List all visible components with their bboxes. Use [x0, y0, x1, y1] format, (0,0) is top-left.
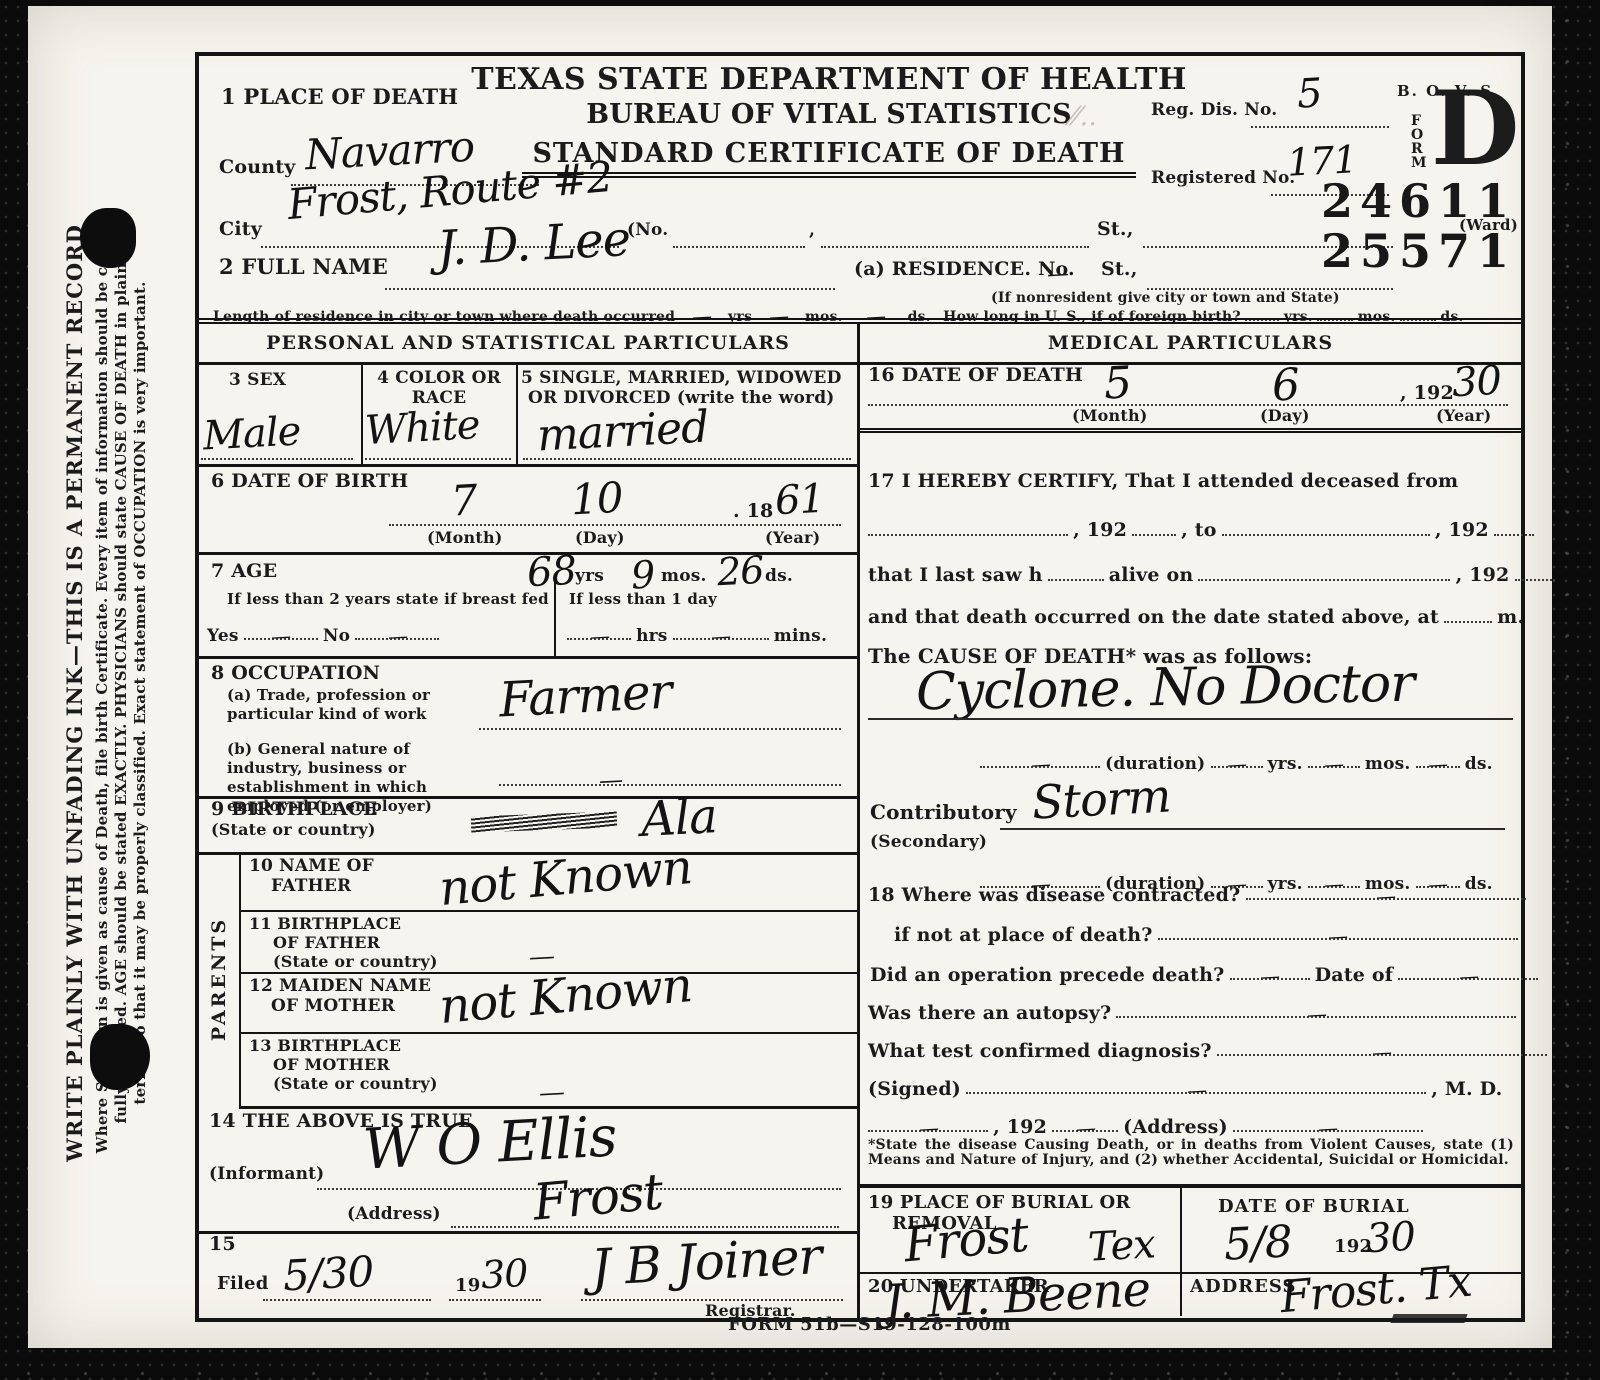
father-birthplace-row: 11 BIRTHPLACE OF FATHER (State or countr… [239, 910, 857, 974]
color-label: 4 COLOR OR RACE [371, 368, 507, 408]
dob-label: 6 DATE OF BIRTH [211, 470, 408, 492]
writing-line [1000, 828, 1505, 830]
blank-line [821, 246, 1089, 248]
y192-label: , 192 [1073, 519, 1127, 541]
parents-strip: PARENTS [199, 852, 241, 1106]
signed-date-address-line: — , 192 — (Address) — [868, 1116, 1423, 1138]
residence-label: (a) RESIDENCE. No. [854, 258, 1075, 280]
struck-out-entry [471, 811, 617, 832]
informant-address-label: (Address) [347, 1204, 441, 1224]
blank-line [868, 520, 1068, 536]
mos-label: mos. [661, 566, 707, 586]
filed-section: 15 Filed 5/30 19 30 J B Joiner Registrar… [199, 1231, 857, 1312]
cell-divider [554, 578, 556, 656]
informant-label: (Informant) [209, 1164, 324, 1184]
full-name-label: 2 FULL NAME [219, 254, 388, 279]
signed-line: (Signed) — , M. D. [868, 1078, 1503, 1100]
form-letter-d: D [1431, 86, 1519, 173]
m-label: m. [1497, 606, 1524, 628]
cell-divider [1180, 1188, 1182, 1316]
signed-label: (Signed) [868, 1078, 961, 1100]
mother-label-2: OF MOTHER [271, 996, 431, 1016]
certificate-form: 1 PLACE OF DEATH TEXAS STATE DEPARTMENT … [195, 52, 1525, 1322]
filed-label: Filed [217, 1273, 269, 1294]
filed-year-printed: 19 [455, 1275, 480, 1296]
yes-label: Yes [207, 626, 239, 646]
occupation-b-dash: — [598, 767, 622, 792]
certify-line3: that I last saw h alive on , 192 [868, 564, 1555, 586]
dod-year-printed: , 192 [1400, 382, 1454, 404]
mother-bp-label-1: 13 BIRTHPLACE [249, 1036, 438, 1055]
department-title: TEXAS STATE DEPARTMENT OF HEALTH [454, 62, 1204, 97]
day-label: (Day) [575, 528, 625, 547]
item15-label: 15 [209, 1233, 236, 1255]
personal-title: PERSONAL AND STATISTICAL PARTICULARS [266, 332, 790, 354]
age-label: 7 AGE [211, 560, 277, 582]
alive-on-label: alive on [1109, 564, 1194, 586]
address-label: (Address) [1123, 1116, 1228, 1138]
certify-line2: , 192 , to , 192 [868, 519, 1534, 541]
mother-birthplace-label: 13 BIRTHPLACE OF MOTHER (State or countr… [249, 1036, 438, 1093]
blank-line: — [868, 1116, 988, 1132]
q-not-place: if not at place of death? — [894, 924, 1518, 946]
printer-mark [1390, 1314, 1467, 1323]
blank-line: — [567, 624, 631, 640]
burial-place-value: Frost [902, 1211, 1030, 1270]
father-name-label: 10 NAME OF FATHER [249, 856, 374, 896]
breast-fed-answer: Yes — No — [207, 624, 439, 646]
personal-column: PERSONAL AND STATISTICAL PARTICULARS 3 S… [199, 324, 860, 1318]
blank-line: — [1308, 752, 1360, 768]
contributory-value: Storm [1031, 772, 1172, 825]
mother-name-label: 12 MAIDEN NAME OF MOTHER [249, 976, 431, 1016]
filed-date-value: 5/30 [282, 1251, 374, 1298]
last-saw-label: that I last saw h [868, 564, 1043, 586]
mother-birthplace-row: 13 BIRTHPLACE OF MOTHER (State or countr… [239, 1032, 857, 1109]
blank-line [868, 404, 1508, 406]
reg-dis-value: 5 [1296, 73, 1323, 114]
color-value: White [364, 405, 480, 451]
blank-line: — [355, 624, 439, 640]
mother-name-value: not Known [437, 961, 693, 1031]
no-label: No [323, 626, 350, 646]
mos-label: mos. [1365, 754, 1411, 774]
ink-blot [80, 208, 136, 268]
city-label: City [219, 218, 262, 240]
place-of-death-label: 1 PLACE OF DEATH [221, 84, 458, 109]
to-label: , to [1181, 519, 1216, 541]
year-prefix: . 18 [733, 500, 773, 522]
blank-line: — [1116, 1002, 1516, 1018]
blank-line [1444, 607, 1492, 623]
registered-no-label: Registered No. [1151, 168, 1295, 188]
blank-line: — [1211, 752, 1263, 768]
sex-color-marital-row: 3 SEX 4 COLOR OR RACE 5 SINGLE, MARRIED,… [199, 362, 857, 467]
q-operation: Did an operation precede death? — Date o… [870, 964, 1538, 986]
blank-line: — [980, 752, 1100, 768]
father-name-row: 10 NAME OF FATHER not Known [239, 852, 857, 912]
father-birthplace-dash: — [528, 943, 554, 970]
blank-line [365, 458, 511, 460]
dob-year-value: 61 [774, 479, 825, 522]
informant-address-value: Frost [531, 1166, 664, 1227]
filed-year-value: 30 [480, 1254, 528, 1294]
father-label-1: 10 NAME OF [249, 856, 374, 876]
marital-value: married [536, 406, 709, 459]
q-operation-label: Did an operation precede death? [870, 964, 1224, 986]
blank-line [1048, 565, 1104, 581]
columns: PERSONAL AND STATISTICAL PARTICULARS 3 S… [199, 318, 1521, 1318]
blank-line: — [1233, 1116, 1423, 1132]
comma: , [809, 220, 815, 240]
certificate-paper: WRITE PLAINLY WITH UNFADING INK—THIS IS … [28, 6, 1552, 1348]
mother-birthplace-dash: — [538, 1079, 564, 1106]
blank-line [479, 728, 841, 730]
state-country-label: (State or country) [211, 820, 376, 839]
q-test: What test confirmed diagnosis? — [868, 1040, 1547, 1062]
pencil-mark: ⁄⁄‥ [1071, 102, 1097, 132]
secondary-label: (Secondary) [870, 832, 987, 852]
mother-name-row: 12 MAIDEN NAME OF MOTHER not Known [239, 972, 857, 1034]
day-label: (Day) [1260, 406, 1310, 425]
mother-label-1: 12 MAIDEN NAME [249, 976, 431, 996]
occupation-a-value: Farmer [498, 668, 673, 725]
dod-year-value: 30 [1451, 361, 1502, 404]
burial-date-label: DATE OF BURIAL [1218, 1196, 1410, 1217]
cause-footnote: *State the disease Causing Death, or in … [868, 1138, 1514, 1168]
year-label: (Year) [1436, 406, 1491, 425]
q-test-label: What test confirmed diagnosis? [868, 1040, 1212, 1062]
blank-line [1515, 565, 1555, 581]
st-label: St., [1097, 218, 1134, 240]
medical-title-band: MEDICAL PARTICULARS [860, 324, 1521, 365]
father-bp-label-1: 11 BIRTHPLACE [249, 914, 438, 933]
q-where-label: 18 Where was disease contracted? [868, 884, 1240, 906]
blank-line [523, 458, 851, 460]
age-ds-value: 26 [716, 551, 764, 591]
certificate-title: STANDARD CERTIFICATE OF DEATH [522, 138, 1135, 178]
age-row: 7 AGE 68 yrs 9 mos. 26 ds. If less than … [199, 552, 857, 659]
date-of-birth-row: 6 DATE OF BIRTH 7 10 . 18 61 (Month) (Da… [199, 464, 857, 555]
dod-month-value: 5 [1103, 361, 1132, 406]
year-label: (Year) [765, 528, 820, 547]
occupation-a-label: (a) Trade, profession or particular kind… [227, 686, 475, 724]
birthplace-value: Ala [640, 792, 718, 844]
y192-label: , 192 [1456, 564, 1510, 586]
no-paren-label: (No. [627, 220, 668, 240]
blank-line [1494, 520, 1534, 536]
blank-line [451, 1226, 839, 1228]
ds-label: ds. [1465, 754, 1493, 774]
blank-line [201, 458, 353, 460]
dob-month-value: 7 [450, 479, 478, 522]
blank-line: — [1052, 1116, 1118, 1132]
blank-line [1132, 520, 1176, 536]
blank-line: — [673, 624, 769, 640]
sex-label: 3 SEX [229, 370, 286, 390]
medical-column: MEDICAL PARTICULARS 16 DATE OF DEATH 5 6… [860, 324, 1521, 1318]
father-label-2: FATHER [271, 876, 374, 896]
writing-line [868, 718, 1513, 720]
y192-label: , 192 [993, 1116, 1047, 1138]
dod-day-value: 6 [1271, 363, 1300, 408]
informant-value: W O Ellis [362, 1109, 618, 1178]
blank-line [385, 288, 835, 290]
ds-label: ds. [765, 566, 793, 586]
cell-divider [361, 362, 363, 464]
form-word: FORM [1411, 114, 1426, 170]
certify-line4: and that death occurred on the date stat… [868, 606, 1524, 628]
cause-duration-line: — (duration) — yrs. — mos. — ds. [980, 752, 1493, 774]
hours-minutes-answer: — hrs — mins. [567, 624, 827, 646]
less-than-day-label: If less than 1 day [569, 590, 717, 608]
dod-label: 16 DATE OF DEATH [868, 364, 1083, 386]
county-label: County [219, 156, 295, 178]
medical-title: MEDICAL PARTICULARS [1048, 332, 1333, 354]
father-bp-label-3: (State or country) [273, 952, 438, 971]
parents-label: PARENTS [208, 917, 230, 1041]
blank-line: — [966, 1078, 1426, 1094]
reg-dis-label: Reg. Dis. No. [1151, 100, 1277, 120]
mother-bp-label-3: (State or country) [273, 1074, 438, 1093]
residence-no-dash: — [1046, 263, 1068, 286]
full-name-value: J. D. Lee [436, 215, 631, 273]
stamp-number-1: 24611 [1321, 174, 1516, 228]
death-occurred-label: and that death occurred on the date stat… [868, 606, 1439, 628]
y192-label: , 192 [1435, 519, 1489, 541]
date-of-label: Date of [1315, 964, 1394, 986]
burial-grid: 19 PLACE OF BURIAL OR REMOVAL Frost Tex … [860, 1184, 1521, 1316]
yrs-label: yrs [575, 566, 604, 586]
father-bp-label-2: OF FATHER [273, 933, 438, 952]
stamp-number-2: 25571 [1321, 224, 1516, 278]
q-where-contracted: 18 Where was disease contracted? — [868, 884, 1526, 906]
registrar-signature: J B Joiner [590, 1231, 823, 1293]
occupation-label: 8 OCCUPATION [211, 662, 380, 684]
blank-line: — [1416, 752, 1460, 768]
burial-year-value: 30 [1365, 1217, 1416, 1260]
q-autopsy-label: Was there an autopsy? [868, 1002, 1111, 1024]
blank-line: — [1217, 1040, 1547, 1056]
month-label: (Month) [1072, 406, 1148, 425]
blank-line [673, 246, 805, 248]
blank-line: — [1158, 924, 1518, 940]
marital-label-line1: 5 SINGLE, MARRIED, WIDOWED [521, 368, 842, 388]
cell-divider [516, 362, 518, 464]
hrs-label: hrs [636, 626, 668, 646]
blank-line [1198, 565, 1450, 581]
mother-bp-label-2: OF MOTHER [273, 1055, 438, 1074]
age-mos-value: 9 [630, 555, 655, 594]
blank-line: — [244, 624, 318, 640]
scanned-death-certificate: { "doc": { "labels": { "month": "(Month)… [0, 0, 1600, 1380]
cause-value: Cyclone. No Doctor [916, 658, 1415, 719]
sex-value: Male [202, 411, 301, 456]
yrs-label: yrs. [1268, 754, 1303, 774]
contributory-label: Contributory [870, 800, 1017, 824]
mins-label: mins. [774, 626, 827, 646]
residence-st-label: St., [1101, 258, 1138, 280]
dob-day-value: 10 [570, 477, 624, 522]
q-not-place-label: if not at place of death? [894, 924, 1153, 946]
father-birthplace-label: 11 BIRTHPLACE OF FATHER (State or countr… [249, 914, 438, 971]
birthplace-row: 9 BIRTHPLACE (State or country) Ala [199, 796, 857, 855]
father-name-value: not Known [437, 843, 693, 913]
month-label: (Month) [427, 528, 503, 547]
occupation-row: 8 OCCUPATION (a) Trade, profession or pa… [199, 656, 857, 799]
informant-section: 14 THE ABOVE IS TRUE (Informant) W O Ell… [199, 1106, 857, 1234]
certify-line1: 17 I HEREBY CERTIFY, That I attended dec… [868, 470, 1458, 492]
blank-line: — [1246, 884, 1526, 900]
blank-line [1222, 520, 1430, 536]
undertaker-address-value: Frost. Tx [1278, 1260, 1473, 1321]
personal-title-band: PERSONAL AND STATISTICAL PARTICULARS [199, 324, 857, 365]
blank-line: — [1230, 964, 1310, 980]
breast-fed-label: If less than 2 years state if breast fed [227, 590, 549, 608]
burial-date-value: 5/8 [1223, 1220, 1293, 1267]
blank-line: — [1398, 964, 1538, 980]
date-of-death-row: 16 DATE OF DEATH 5 6 , 192 30 (Month) (D… [860, 362, 1521, 433]
blank-line [499, 784, 841, 786]
birthplace-label: 9 BIRTHPLACE [211, 798, 378, 820]
blank-line [449, 1299, 541, 1301]
age-yrs-value: 68 [526, 551, 577, 594]
md-label: , M. D. [1431, 1078, 1502, 1100]
blank-line [1251, 126, 1389, 128]
form-number: FORM 51b—S19-128-100m [728, 1314, 1011, 1335]
q-autopsy: Was there an autopsy? — [868, 1002, 1516, 1024]
